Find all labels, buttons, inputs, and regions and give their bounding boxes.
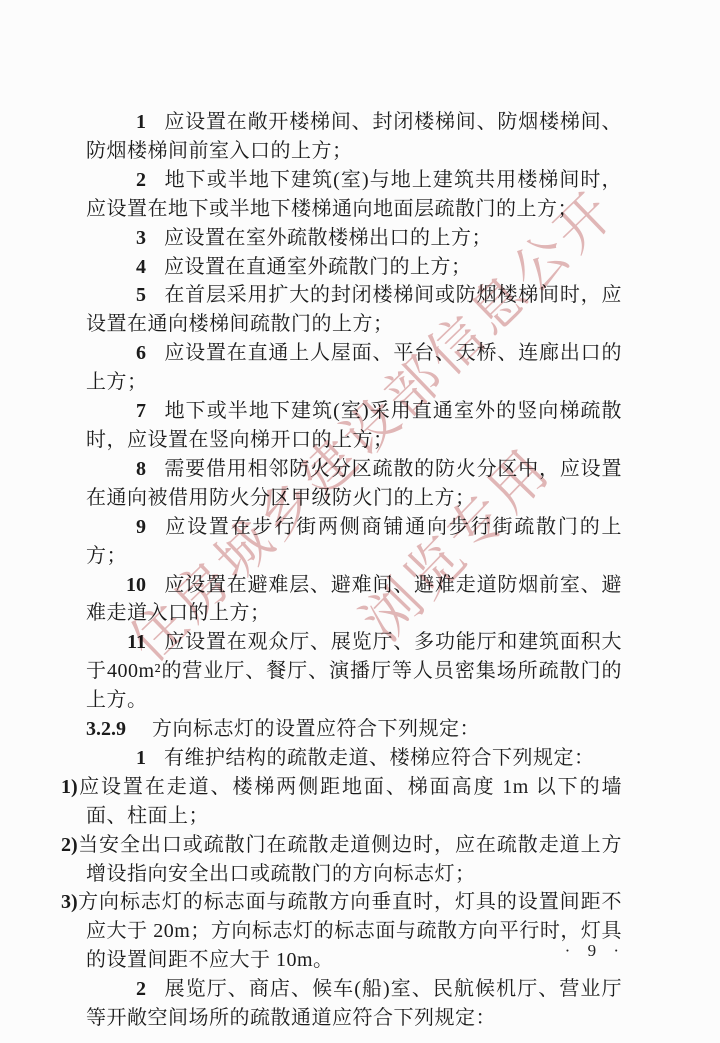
clause-text: 方向标志灯的设置应符合下列规定： bbox=[152, 718, 480, 740]
sub-item-2: 2)当安全出口或疏散门在疏散走道侧边时，应在疏散走道上方增设指向安全出口或疏散门… bbox=[86, 831, 622, 889]
list-item-9: 9应设置在步行街两侧商铺通向步行街疏散门的上方； bbox=[86, 513, 622, 571]
sub-item-3: 3)方向标志灯的标志面与疏散方向垂直时，灯具的设置间距不应大于 20m；方向标志… bbox=[86, 888, 622, 975]
item-number: 9 bbox=[120, 513, 146, 542]
subitem-number: 2) bbox=[61, 834, 78, 856]
document-body: 1应设置在敞开楼梯间、封闭楼梯间、防烟楼梯间、防烟楼梯间前室入口的上方； 2地下… bbox=[0, 0, 720, 1033]
item-text: 有维护结构的疏散走道、楼梯应符合下列规定： bbox=[164, 747, 595, 769]
clause-3-2-9: 3.2.9方向标志灯的设置应符合下列规定： bbox=[86, 715, 622, 744]
item-text: 需要借用相邻防火分区疏散的防火分区中，应设置在通向被借用防火分区甲级防火门的上方… bbox=[86, 458, 622, 509]
item-number: 1 bbox=[120, 108, 146, 137]
item-number: 2 bbox=[120, 975, 146, 1004]
subitem-text: 当安全出口或疏散门在疏散走道侧边时，应在疏散走道上方增设指向安全出口或疏散门的方… bbox=[78, 834, 622, 885]
item-number: 1 bbox=[120, 744, 146, 773]
list-item-6: 6应设置在直通上人屋面、平台、天桥、连廊出口的上方； bbox=[86, 339, 622, 397]
list-item-8: 8需要借用相邻防火分区疏散的防火分区中，应设置在通向被借用防火分区甲级防火门的上… bbox=[86, 455, 622, 513]
item-text: 应设置在直通上人屋面、平台、天桥、连廊出口的上方； bbox=[86, 342, 622, 393]
item-number: 3 bbox=[120, 224, 146, 253]
list-item-4: 4应设置在直通室外疏散门的上方； bbox=[86, 253, 622, 282]
item-text: 在首层采用扩大的封闭楼梯间或防烟楼梯间时，应设置在通向楼梯间疏散门的上方； bbox=[86, 284, 622, 335]
item-text: 应设置在敞开楼梯间、封闭楼梯间、防烟楼梯间、防烟楼梯间前室入口的上方； bbox=[86, 111, 622, 162]
item-text: 应设置在避难层、避难间、避难走道防烟前室、避难走道入口的上方； bbox=[86, 574, 622, 625]
list-item-2: 2地下或半地下建筑(室)与地上建筑共用楼梯间时，应设置在地下或半地下楼梯通向地面… bbox=[86, 166, 622, 224]
item-number: 7 bbox=[120, 397, 146, 426]
page-number: · 9 · bbox=[565, 941, 622, 961]
item-text: 应设置在观众厅、展览厅、多功能厅和建筑面积大于400m²的营业厅、餐厅、演播厅等… bbox=[86, 631, 622, 711]
item-text: 展览厅、商店、候车(船)室、民航候机厅、营业厅等开敞空间场所的疏散通道应符合下列… bbox=[86, 978, 622, 1029]
item-number: 11 bbox=[120, 628, 146, 657]
item-text: 应设置在室外疏散楼梯出口的上方； bbox=[164, 227, 492, 249]
list-item-11: 11应设置在观众厅、展览厅、多功能厅和建筑面积大于400m²的营业厅、餐厅、演播… bbox=[86, 628, 622, 715]
list-item-1b: 1有维护结构的疏散走道、楼梯应符合下列规定： bbox=[86, 744, 622, 773]
item-number: 2 bbox=[120, 166, 146, 195]
item-text: 应设置在直通室外疏散门的上方； bbox=[164, 256, 472, 278]
subitem-number: 1) bbox=[61, 776, 78, 798]
list-item-1: 1应设置在敞开楼梯间、封闭楼梯间、防烟楼梯间、防烟楼梯间前室入口的上方； bbox=[86, 108, 622, 166]
list-item-5: 5在首层采用扩大的封闭楼梯间或防烟楼梯间时，应设置在通向楼梯间疏散门的上方； bbox=[86, 281, 622, 339]
item-number: 10 bbox=[120, 571, 146, 600]
document-page: 1应设置在敞开楼梯间、封闭楼梯间、防烟楼梯间、防烟楼梯间前室入口的上方； 2地下… bbox=[0, 0, 720, 1043]
item-number: 4 bbox=[120, 253, 146, 282]
item-number: 5 bbox=[120, 281, 146, 310]
sub-item-1: 1)应设置在走道、楼梯两侧距地面、梯面高度 1m 以下的墙面、柱面上； bbox=[86, 773, 622, 831]
subitem-text: 应设置在走道、楼梯两侧距地面、梯面高度 1m 以下的墙面、柱面上； bbox=[78, 776, 622, 827]
list-item-7: 7地下或半地下建筑(室)采用直通室外的竖向梯疏散时，应设置在竖向梯开口的上方； bbox=[86, 397, 622, 455]
subitem-number: 3) bbox=[61, 891, 78, 913]
item-text: 应设置在步行街两侧商铺通向步行街疏散门的上方； bbox=[86, 516, 622, 567]
item-text: 地下或半地下建筑(室)采用直通室外的竖向梯疏散时，应设置在竖向梯开口的上方； bbox=[86, 400, 622, 451]
item-number: 6 bbox=[120, 339, 146, 368]
list-item-10: 10应设置在避难层、避难间、避难走道防烟前室、避难走道入口的上方； bbox=[86, 571, 622, 629]
list-item-3: 3应设置在室外疏散楼梯出口的上方； bbox=[86, 224, 622, 253]
clause-number: 3.2.9 bbox=[86, 715, 126, 744]
item-number: 8 bbox=[120, 455, 146, 484]
list-item-2b: 2展览厅、商店、候车(船)室、民航候机厅、营业厅等开敞空间场所的疏散通道应符合下… bbox=[86, 975, 622, 1033]
item-text: 地下或半地下建筑(室)与地上建筑共用楼梯间时，应设置在地下或半地下楼梯通向地面层… bbox=[86, 169, 622, 220]
subitem-text: 方向标志灯的标志面与疏散方向垂直时，灯具的设置间距不应大于 20m；方向标志灯的… bbox=[78, 891, 622, 971]
